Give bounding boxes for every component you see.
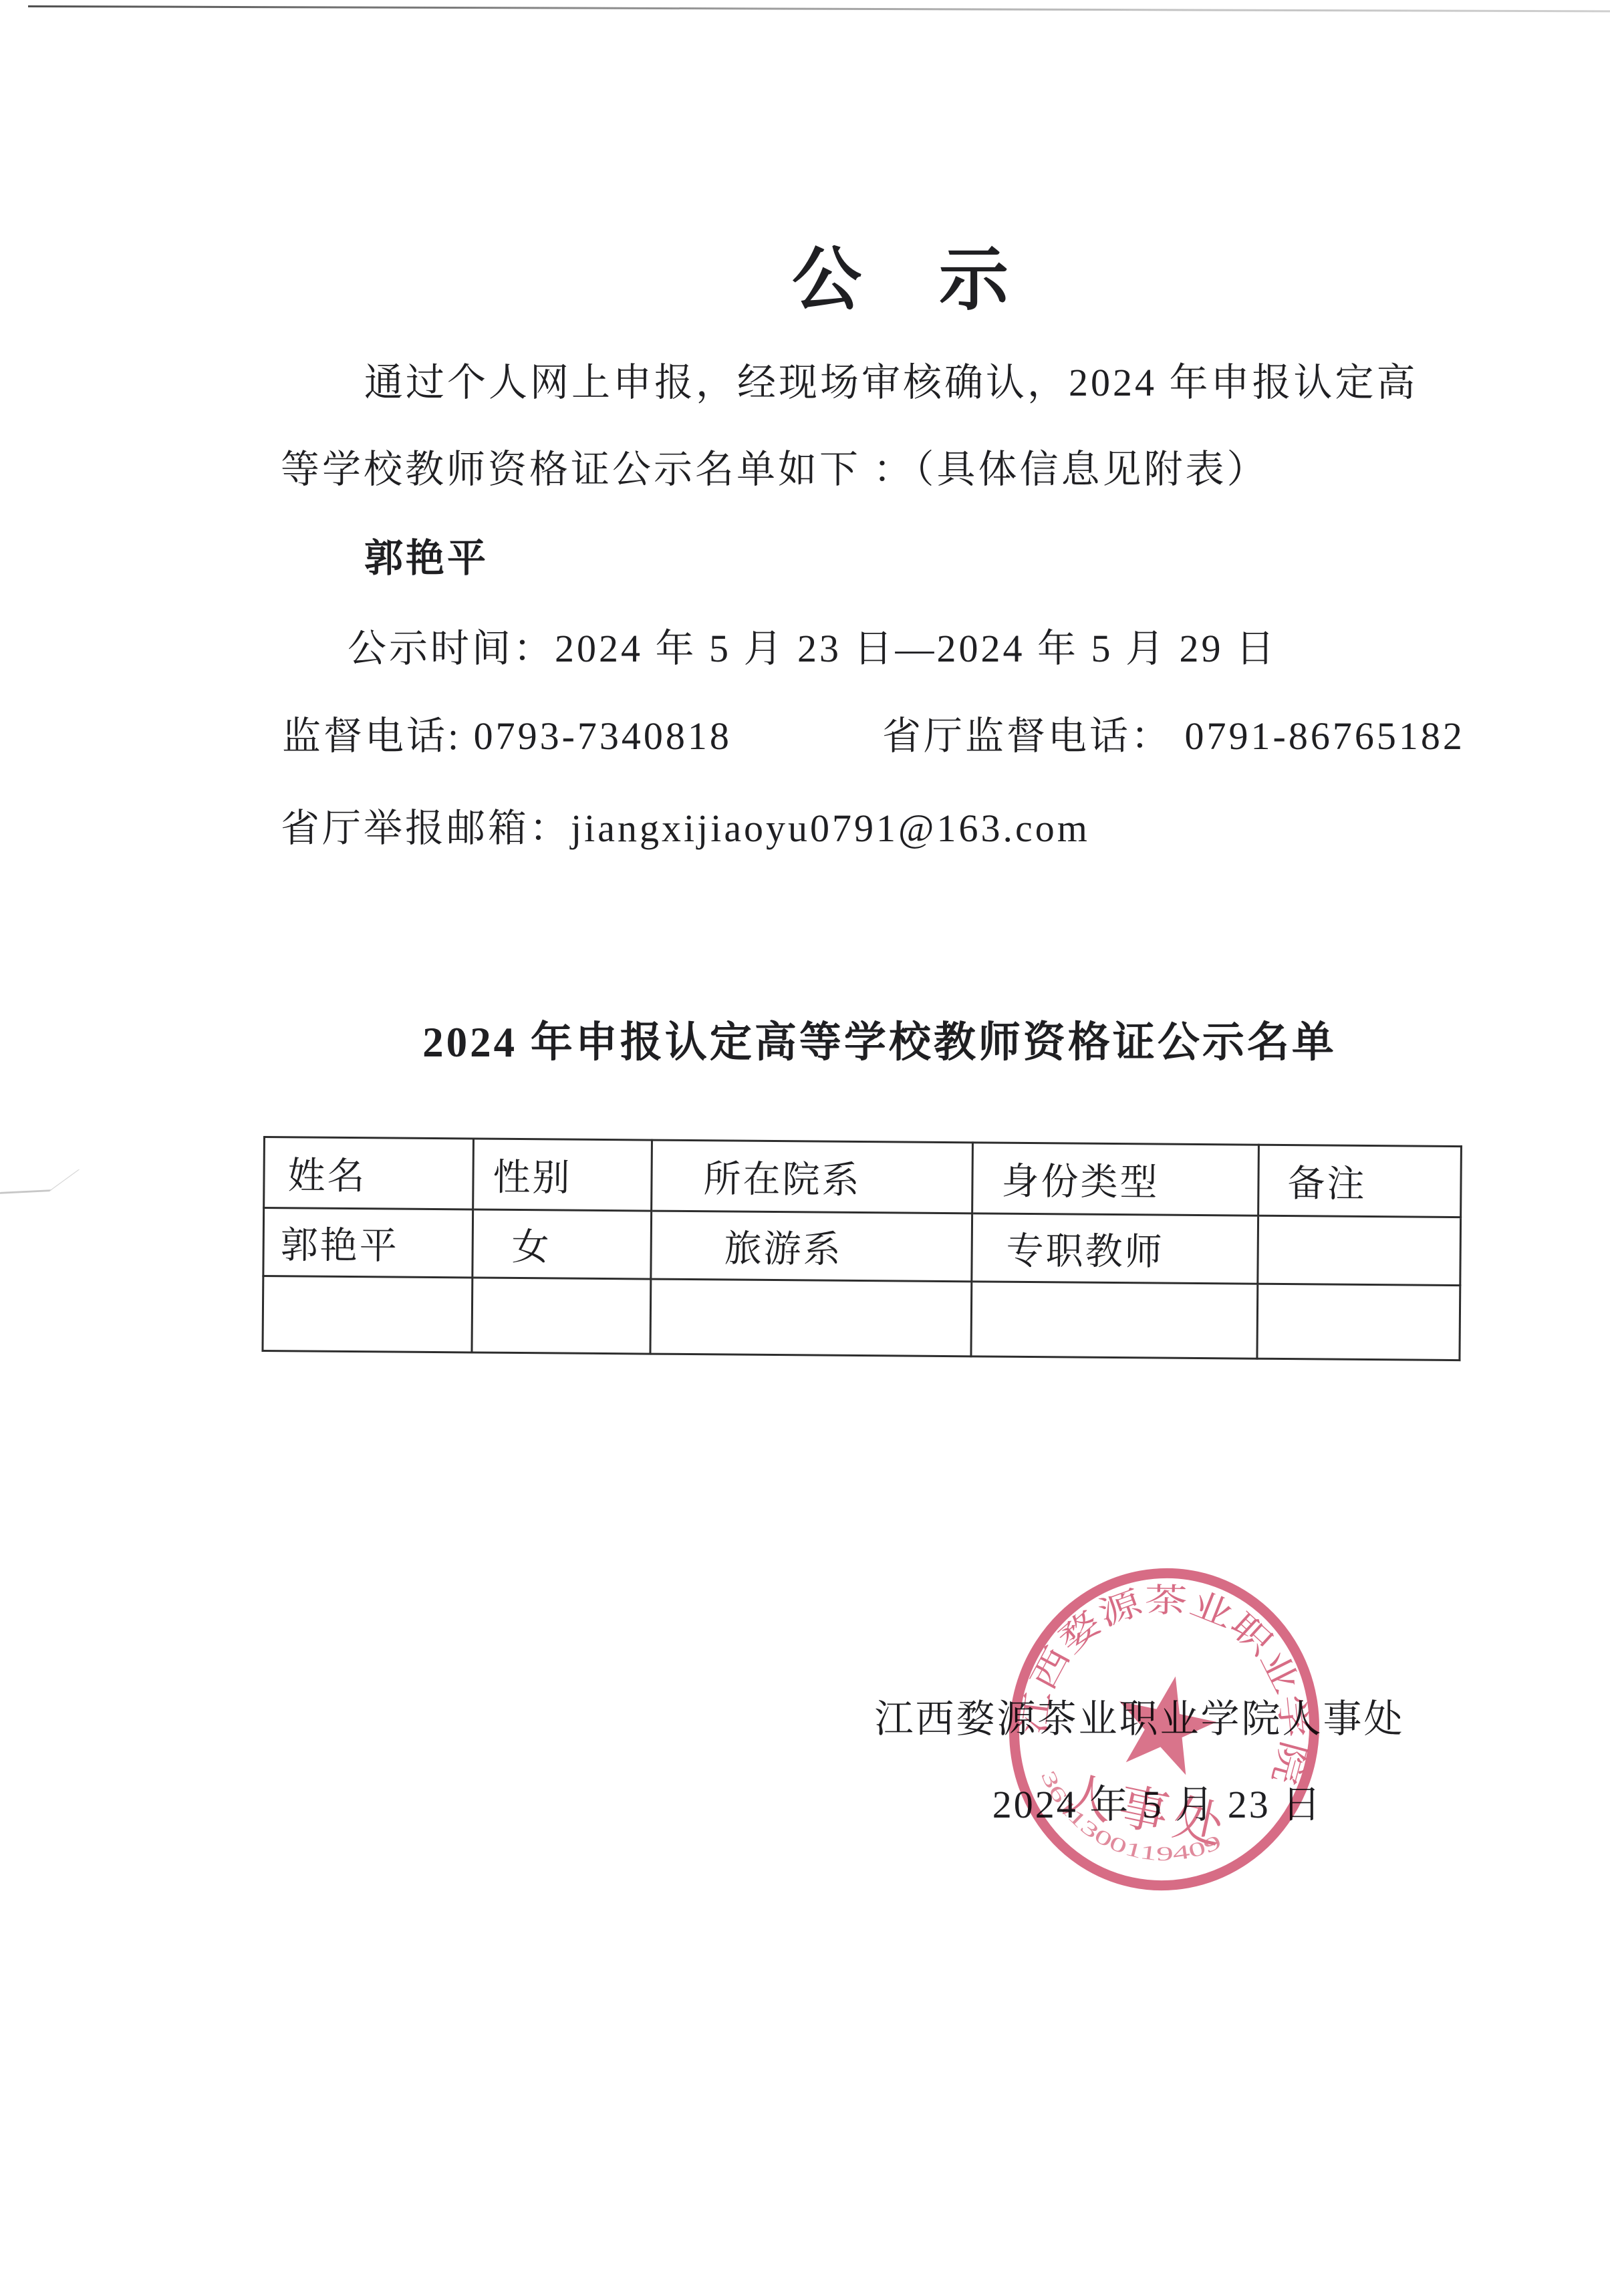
table-cell-remarks <box>1257 1284 1460 1360</box>
applicant-name: 郭艳平 <box>364 534 489 583</box>
table-cell-name <box>263 1276 473 1352</box>
table-cell-remarks <box>1258 1215 1461 1285</box>
table-cell-department: 旅游系 <box>651 1211 972 1282</box>
table-cell-identity-type <box>971 1282 1258 1358</box>
table-header-name: 姓名 <box>264 1137 474 1209</box>
paragraph-line-1: 通过个人网上申报，经现场审核确认，2024 年申报认定高 <box>364 358 1418 408</box>
table-row-empty <box>263 1276 1460 1360</box>
table-row: 郭艳平 女 旅游系 专职教师 <box>263 1208 1461 1286</box>
scanned-notice-page: 公 示 通过个人网上申报，经现场审核确认，2024 年申报认定高 等学校教师资格… <box>0 0 1610 2296</box>
table-cell-gender <box>472 1278 651 1354</box>
table-cell-identity-type: 专职教师 <box>972 1213 1258 1284</box>
table-cell-name: 郭艳平 <box>263 1208 473 1278</box>
svg-text:江西婺源茶业职业学院: 江西婺源茶业职业学院 <box>1012 1562 1325 1793</box>
supervision-phone: 监督电话: 0793-7340818 <box>282 712 732 761</box>
official-stamp: 江西婺源茶业职业学院 人事处 3611300119409 <box>1004 1562 1325 1896</box>
doc-title: 公 示 <box>792 241 1013 321</box>
announcement-period: 公示时间：2024 年 5 月 23 日—2024 年 5 月 29 日 <box>348 624 1277 674</box>
applicants-table: 姓名 性别 所在院系 身份类型 备注 郭艳平 女 旅游系 专职教师 <box>261 1136 1462 1361</box>
table-header-identity-type: 身份类型 <box>972 1143 1259 1215</box>
table-cell-gender: 女 <box>473 1209 652 1279</box>
table-header-remarks: 备注 <box>1258 1145 1462 1217</box>
stamp-arc-text: 江西婺源茶业职业学院 <box>1012 1562 1325 1793</box>
report-email: 省厅举报邮箱：jiangxijiaoyu0791@163.com <box>281 804 1090 853</box>
attachment-table-title: 2024 年申报认定高等学校教师资格证公示名单 <box>422 1017 1337 1068</box>
provincial-supervision-phone: 省厅监督电话： 0791-86765182 <box>882 712 1465 761</box>
table-header-department: 所在院系 <box>652 1140 973 1213</box>
stamp-rotated-group: 江西婺源茶业职业学院 人事处 3611300119409 <box>1004 1562 1325 1896</box>
scan-artifact-top-line <box>28 5 1610 12</box>
table-header-row: 姓名 性别 所在院系 身份类型 备注 <box>264 1137 1462 1217</box>
paragraph-line-2: 等学校教师资格证公示名单如下 ：（具体信息见附表） <box>281 445 1268 494</box>
scan-artifact-mark <box>0 1169 80 1194</box>
stamp-star-icon <box>1107 1666 1224 1779</box>
table-cell-department <box>650 1279 972 1356</box>
table-header-gender: 性别 <box>473 1139 652 1211</box>
